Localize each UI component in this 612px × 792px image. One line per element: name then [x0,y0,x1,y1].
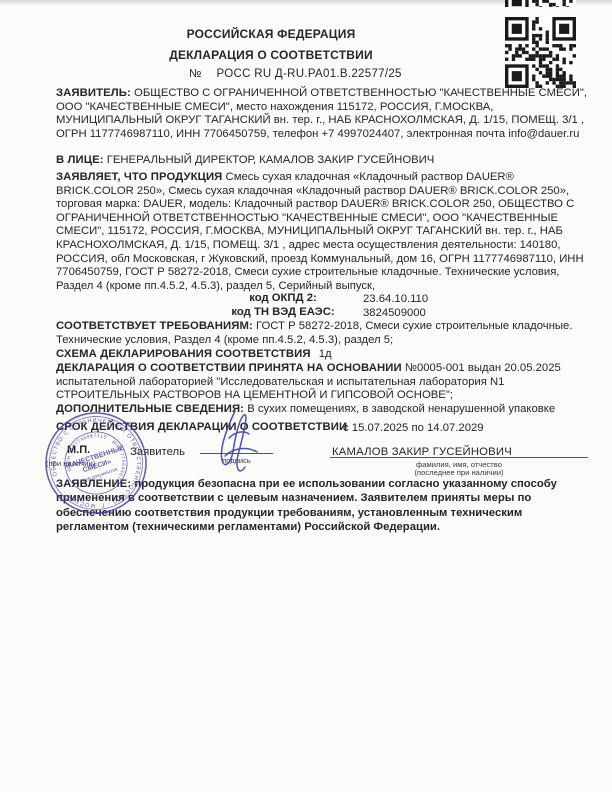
handwritten-signature-image [205,408,267,480]
scan-edge-shadow-left [0,0,12,792]
basis-paragraph: ДЕКЛАРАЦИЯ О СООТВЕТСТВИИ ПРИНЯТА НА ОСН… [56,362,589,403]
product-text: Смесь сухая кладочная «Кладочный раствор… [56,171,584,292]
handwritten-signature [205,408,267,480]
qr-code-fragment-image [505,0,576,7]
page-country-title: РОССИЙСКАЯ ФЕДЕРАЦИЯ [56,27,486,41]
signatory-name: КАМАЛОВ ЗАКИР ГУСЕЙНОВИЧ [332,446,512,458]
name-caption-2: (последнее при наличии) [330,468,588,477]
tnved-code-value: 3824509000 [363,307,426,319]
product-label: ЗАЯВЛЯЕТ, ЧТО ПРОДУКЦИЯ [56,171,222,183]
okpd-code-value: 23.64.10.110 [363,293,428,305]
scheme-row: СХЕМА ДЕКЛАРИРОВАНИЯ СООТВЕТСТВИЯ 1д [56,348,589,362]
applicant-text: ОБЩЕСТВО С ОГРАНИЧЕННОЙ ОТВЕТСТВЕННОСТЬЮ… [56,87,587,140]
page-title: ДЕКЛАРАЦИЯ О СООТВЕТСТВИИ [56,48,486,62]
person-paragraph: В ЛИЦЕ: ГЕНЕРАЛЬНЫЙ ДИРЕКТОР, КАМАЛОВ ЗА… [56,154,589,168]
requirements-paragraph: СООТВЕТСТВУЕТ ТРЕБОВАНИЯМ: ГОСТ Р 58272-… [56,320,589,347]
applicant-paragraph: ЗАЯВИТЕЛЬ: ОБЩЕСТВО С ОГРАНИЧЕННОЙ ОТВЕТ… [56,87,589,141]
product-paragraph: ЗАЯВЛЯЕТ, ЧТО ПРОДУКЦИЯ Смесь сухая клад… [56,171,589,293]
validity-dates: с 15.07.2025 по 14.07.2029 [343,422,484,436]
person-text: ГЕНЕРАЛЬНЫЙ ДИРЕКТОР, КАМАЛОВ ЗАКИР ГУСЕ… [107,154,435,166]
declaration-number-row: № РОСС RU Д-RU.РА01.В.22577/25 [189,68,402,80]
declaration-number: РОСС RU Д-RU.РА01.В.22577/25 [217,68,402,80]
qr-code [505,17,576,88]
qr-code-image [505,17,576,88]
person-label: В ЛИЦЕ: [56,154,104,166]
additional-info-text: В сухих помещениях, в заводской ненаруше… [247,403,555,415]
scheme-value: 1д [319,348,332,360]
number-label: № [189,68,201,80]
basis-label: ДЕКЛАРАЦИЯ О СООТВЕТСТВИИ ПРИНЯТА НА ОСН… [56,362,402,374]
qr-code-fragment-top [505,0,576,7]
scheme-label: СХЕМА ДЕКЛАРИРОВАНИЯ СООТВЕТСТВИЯ [56,348,311,360]
applicant-label: ЗАЯВИТЕЛЬ: [56,87,131,99]
requirements-label: СООТВЕТСТВУЕТ ТРЕБОВАНИЯМ: [56,320,253,332]
